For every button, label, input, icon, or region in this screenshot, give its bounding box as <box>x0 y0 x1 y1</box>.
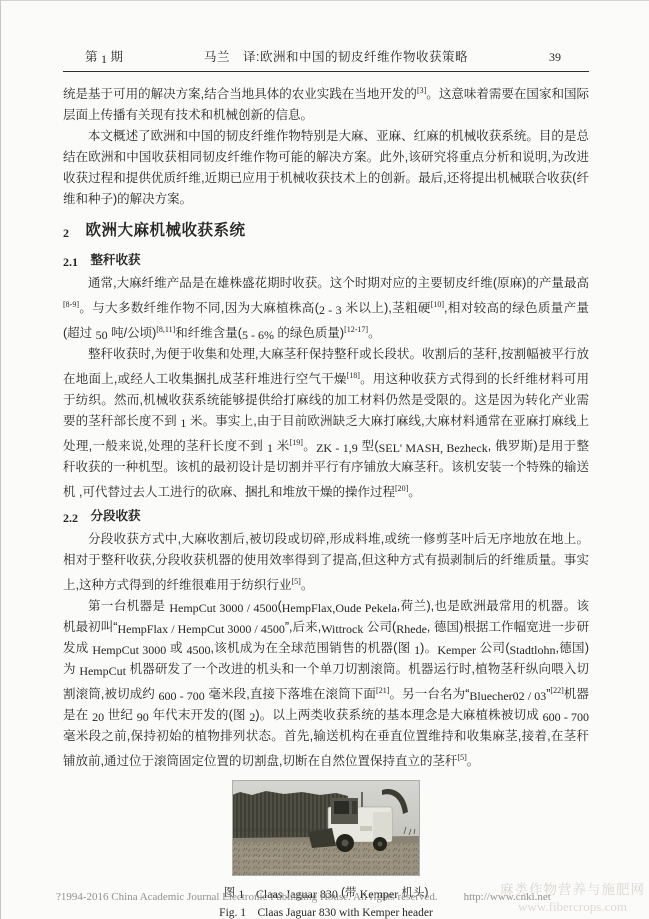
paragraph-2-1-a: 通常,大麻纤维产品是在雄株盛花期时收获。这个时期对应的主要韧皮纤维(原麻)的产量… <box>63 273 589 344</box>
article-blocks: 统是基于可用的解决方案,结合当地具体的农业实践在当地开发的[3]。这意味着需要在… <box>63 80 589 772</box>
paragraph-2-2-b: 第一台机器是 HempCut 3000 / 4500(HempFlax,Oude… <box>63 596 589 772</box>
paragraph-2-1-b: 整秆收获时,为便于收集和处理,大麻茎秆保持整秆或长段状。收割后的茎秆,按割幅被平… <box>63 344 589 503</box>
header-rule <box>63 71 589 72</box>
watermark-site-url: www.fibercrops.com <box>500 898 645 915</box>
page-number: 39 <box>549 50 561 65</box>
page-header: 第 1 期 马兰 译:欧洲和中国的韧皮纤维作物收获策略 39 <box>63 47 589 65</box>
harvester-photo-illustration <box>232 780 420 876</box>
issue-label: 第 1 期 <box>85 47 123 65</box>
running-title: 马兰 译:欧洲和中国的韧皮纤维作物收获策略 <box>123 47 549 65</box>
article: 统是基于可用的解决方案,结合当地具体的农业实践在当地开发的[3]。这意味着需要在… <box>63 80 589 919</box>
copyright-text: ?1994-2016 China Academic Journal Electr… <box>56 891 438 903</box>
section-heading-2: 2 欧洲大麻机械收获系统 <box>63 220 589 242</box>
watermark-site-name: 麻类作物营养与施肥网 <box>500 881 645 898</box>
footer-copyright: ?1994-2016 China Academic Journal Electr… <box>56 891 551 903</box>
journal-page: 第 1 期 马兰 译:欧洲和中国的韧皮纤维作物收获策略 39 统是基于可用的解决… <box>0 0 649 919</box>
watermark: 麻类作物营养与施肥网 www.fibercrops.com <box>500 881 645 915</box>
paragraph-intro-continuation: 统是基于可用的解决方案,结合当地具体的农业实践在当地开发的[3]。这意味着需要在… <box>63 80 589 126</box>
paragraph-2-2-a: 分段收获方式中,大麻收割后,被切段或切碎,形成料堆,或统一修剪茎叶后无序地放在地… <box>63 529 589 596</box>
subsection-heading-2-2: 2.2 分段收获 <box>63 506 589 527</box>
paragraph-overview: 本文概述了欧洲和中国的韧皮纤维作物特别是大麻、亚麻、红麻的机械收获系统。目的是总… <box>63 126 589 210</box>
subsection-heading-2-1: 2.1 整秆收获 <box>63 250 589 271</box>
figure-1-photo <box>232 780 420 876</box>
